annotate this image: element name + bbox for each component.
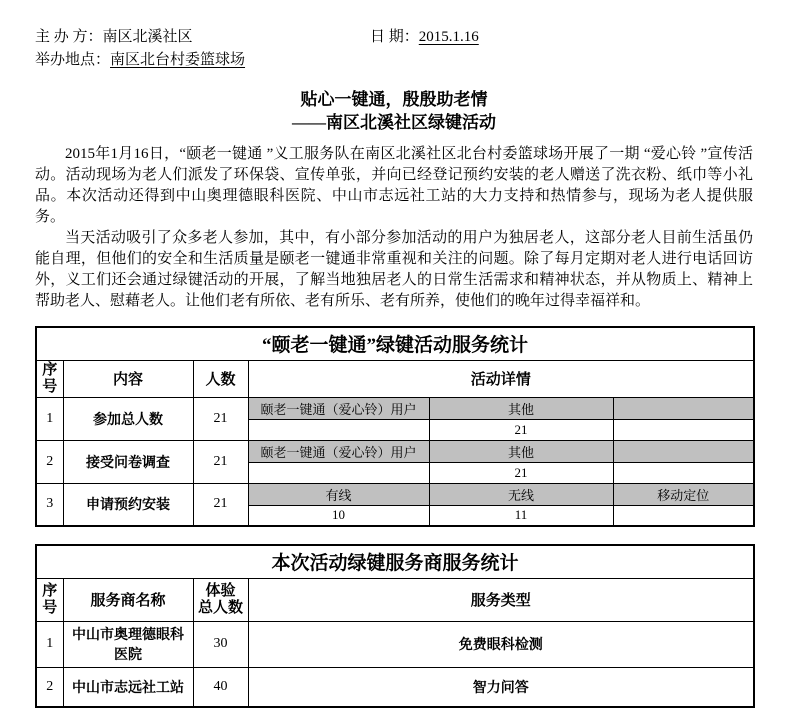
date-field: 日 期：2015.1.16 — [370, 26, 479, 49]
experience-count: 40 — [193, 667, 248, 707]
row-content: 接受问卷调查 — [63, 440, 193, 483]
header-content: 内容 — [63, 360, 193, 397]
provider-stats-title-row: 本次活动绿键服务商服务统计 — [36, 545, 754, 578]
row-count: 21 — [193, 483, 248, 526]
doc-title-line2: ——南区北溪社区绿键活动 — [35, 111, 753, 134]
provider-stats-table: 本次活动绿键服务商服务统计 序 号 服务商名称 体验 总人数 服务类型 1 中山… — [35, 544, 755, 708]
detail-value — [613, 462, 754, 483]
detail-value — [613, 419, 754, 440]
header-experience-count: 体验 总人数 — [193, 578, 248, 621]
detail-value — [248, 462, 429, 483]
provider-name: 中山市奥理德眼科医院 — [63, 621, 193, 667]
row-count: 21 — [193, 397, 248, 440]
doc-title: 贴心一键通，殷殷助老情 ——南区北溪社区绿键活动 — [35, 88, 753, 134]
detail-label: 移动定位 — [613, 483, 754, 505]
row-seq: 1 — [36, 397, 63, 440]
service-type: 免费眼科检测 — [248, 621, 754, 667]
meta-line-2: 举办地点：南区北台村委篮球场 — [35, 49, 753, 72]
detail-label: 颐老一键通（爱心铃）用户 — [248, 397, 429, 419]
organizer-field: 主 办 方：南区北溪社区 — [35, 26, 370, 49]
table-row: 1 参加总人数 21 颐老一键通（爱心铃）用户 其他 — [36, 397, 754, 419]
header-seq: 序 号 — [36, 578, 63, 621]
row-seq: 1 — [36, 621, 63, 667]
table-row: 1 中山市奥理德眼科医院 30 免费眼科检测 — [36, 621, 754, 667]
header-count: 人数 — [193, 360, 248, 397]
table-row: 2 中山市志远社工站 40 智力问答 — [36, 667, 754, 707]
row-content: 申请预约安装 — [63, 483, 193, 526]
detail-label — [613, 397, 754, 419]
detail-label: 其他 — [429, 440, 613, 462]
experience-count: 30 — [193, 621, 248, 667]
provider-name: 中山市志远社工站 — [63, 667, 193, 707]
location-field: 举办地点：南区北台村委篮球场 — [35, 49, 245, 72]
date-value: 2015.1.16 — [419, 29, 479, 45]
detail-label: 其他 — [429, 397, 613, 419]
detail-value — [248, 419, 429, 440]
activity-stats-header-row: 序 号 内容 人数 活动详情 — [36, 360, 754, 397]
detail-value — [613, 505, 754, 526]
header-provider-name: 服务商名称 — [63, 578, 193, 621]
row-seq: 2 — [36, 667, 63, 707]
detail-label: 无线 — [429, 483, 613, 505]
location-value: 南区北台村委篮球场 — [110, 52, 245, 68]
header-detail: 活动详情 — [248, 360, 754, 397]
service-type: 智力问答 — [248, 667, 754, 707]
detail-label: 颐老一键通（爱心铃）用户 — [248, 440, 429, 462]
detail-value: 21 — [429, 419, 613, 440]
detail-value: 10 — [248, 505, 429, 526]
body-text: 2015年1月16日，“颐老一键通 ”义工服务队在南区北溪社区北台村委篮球场开展… — [35, 144, 753, 312]
provider-stats-title: 本次活动绿键服务商服务统计 — [36, 545, 754, 578]
document-page: 主 办 方：南区北溪社区日 期：2015.1.16 举办地点：南区北台村委篮球场… — [0, 0, 789, 727]
meta-line-1: 主 办 方：南区北溪社区日 期：2015.1.16 — [35, 26, 753, 49]
activity-stats-title: “颐老一键通”绿键活动服务统计 — [36, 327, 754, 360]
doc-title-line1: 贴心一键通，殷殷助老情 — [35, 88, 753, 111]
header-service-type: 服务类型 — [248, 578, 754, 621]
organizer-value: 南区北溪社区 — [103, 29, 193, 45]
provider-stats-header-row: 序 号 服务商名称 体验 总人数 服务类型 — [36, 578, 754, 621]
row-seq: 3 — [36, 483, 63, 526]
detail-value: 11 — [429, 505, 613, 526]
paragraph-1: 2015年1月16日，“颐老一键通 ”义工服务队在南区北溪社区北台村委篮球场开展… — [35, 144, 753, 228]
header-seq: 序 号 — [36, 360, 63, 397]
paragraph-2: 当天活动吸引了众多老人参加，其中，有小部分参加活动的用户为独居老人，这部分老人目… — [35, 228, 753, 312]
organizer-label: 主 办 方： — [35, 29, 103, 45]
document-content: 主 办 方：南区北溪社区日 期：2015.1.16 举办地点：南区北台村委篮球场… — [35, 26, 753, 708]
detail-label — [613, 440, 754, 462]
location-label: 举办地点： — [35, 52, 110, 68]
row-content: 参加总人数 — [63, 397, 193, 440]
activity-stats-table: “颐老一键通”绿键活动服务统计 序 号 内容 人数 活动详情 1 参加总人数 2… — [35, 326, 755, 527]
detail-label: 有线 — [248, 483, 429, 505]
detail-value: 21 — [429, 462, 613, 483]
table-row: 3 申请预约安装 21 有线 无线 移动定位 — [36, 483, 754, 505]
row-seq: 2 — [36, 440, 63, 483]
activity-stats-title-row: “颐老一键通”绿键活动服务统计 — [36, 327, 754, 360]
table-row: 2 接受问卷调查 21 颐老一键通（爱心铃）用户 其他 — [36, 440, 754, 462]
date-label: 日 期： — [370, 29, 419, 45]
row-count: 21 — [193, 440, 248, 483]
